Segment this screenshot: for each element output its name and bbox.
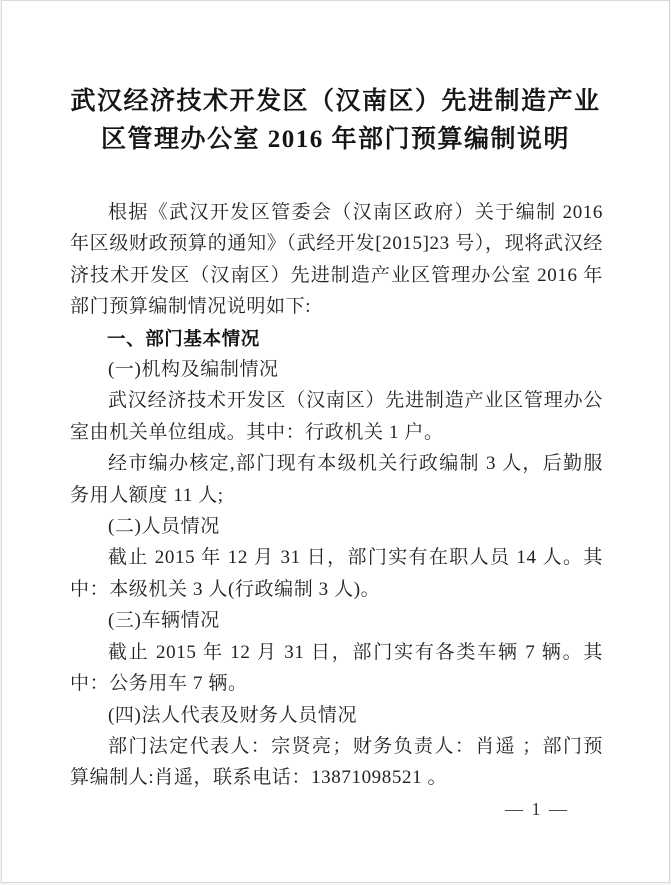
document-title-line1: 武汉经济技术开发区（汉南区）先进制造产业 (42, 83, 629, 121)
paragraph-personnel: 截止 2015 年 12 月 31 日，部门实有在职人员 14 人。其中：本级机… (70, 542, 603, 605)
document-title: 武汉经济技术开发区（汉南区）先进制造产业 区管理办公室 2016 年部门预算编制… (42, 83, 629, 159)
sub-heading-organization: (一)机构及编制情况 (70, 354, 603, 385)
document-body: 根据《武汉开发区管委会（汉南区政府）关于编制 2016 年区级财政预算的通知》（… (70, 197, 603, 794)
sub-heading-personnel: (二)人员情况 (70, 511, 603, 542)
paragraph-legal-rep: 部门法定代表人：宗贤亮；财务负责人：肖遥 ；部门预算编制人:肖遥，联系电话：13… (70, 731, 603, 794)
paragraph-intro: 根据《武汉开发区管委会（汉南区政府）关于编制 2016 年区级财政预算的通知》（… (70, 197, 603, 323)
document-page: 武汉经济技术开发区（汉南区）先进制造产业 区管理办公室 2016 年部门预算编制… (1, 0, 670, 883)
heading-basic-info: 一、部门基本情况 (70, 323, 603, 354)
document-title-line2: 区管理办公室 2016 年部门预算编制说明 (42, 121, 629, 159)
sub-heading-legal-rep: (四)法人代表及财务人员情况 (70, 700, 603, 731)
paragraph-organization: 武汉经济技术开发区（汉南区）先进制造产业区管理办公室由机关单位组成。其中：行政机… (70, 385, 603, 448)
page-number: — 1 — (2, 799, 669, 820)
sub-heading-vehicles: (三)车辆情况 (70, 605, 603, 636)
paragraph-staffing-quota: 经市编办核定,部门现有本级机关行政编制 3 人，后勤服务用人额度 11 人; (70, 448, 603, 511)
paragraph-vehicles: 截止 2015 年 12 月 31 日，部门实有各类车辆 7 辆。其中：公务用车… (70, 637, 603, 700)
